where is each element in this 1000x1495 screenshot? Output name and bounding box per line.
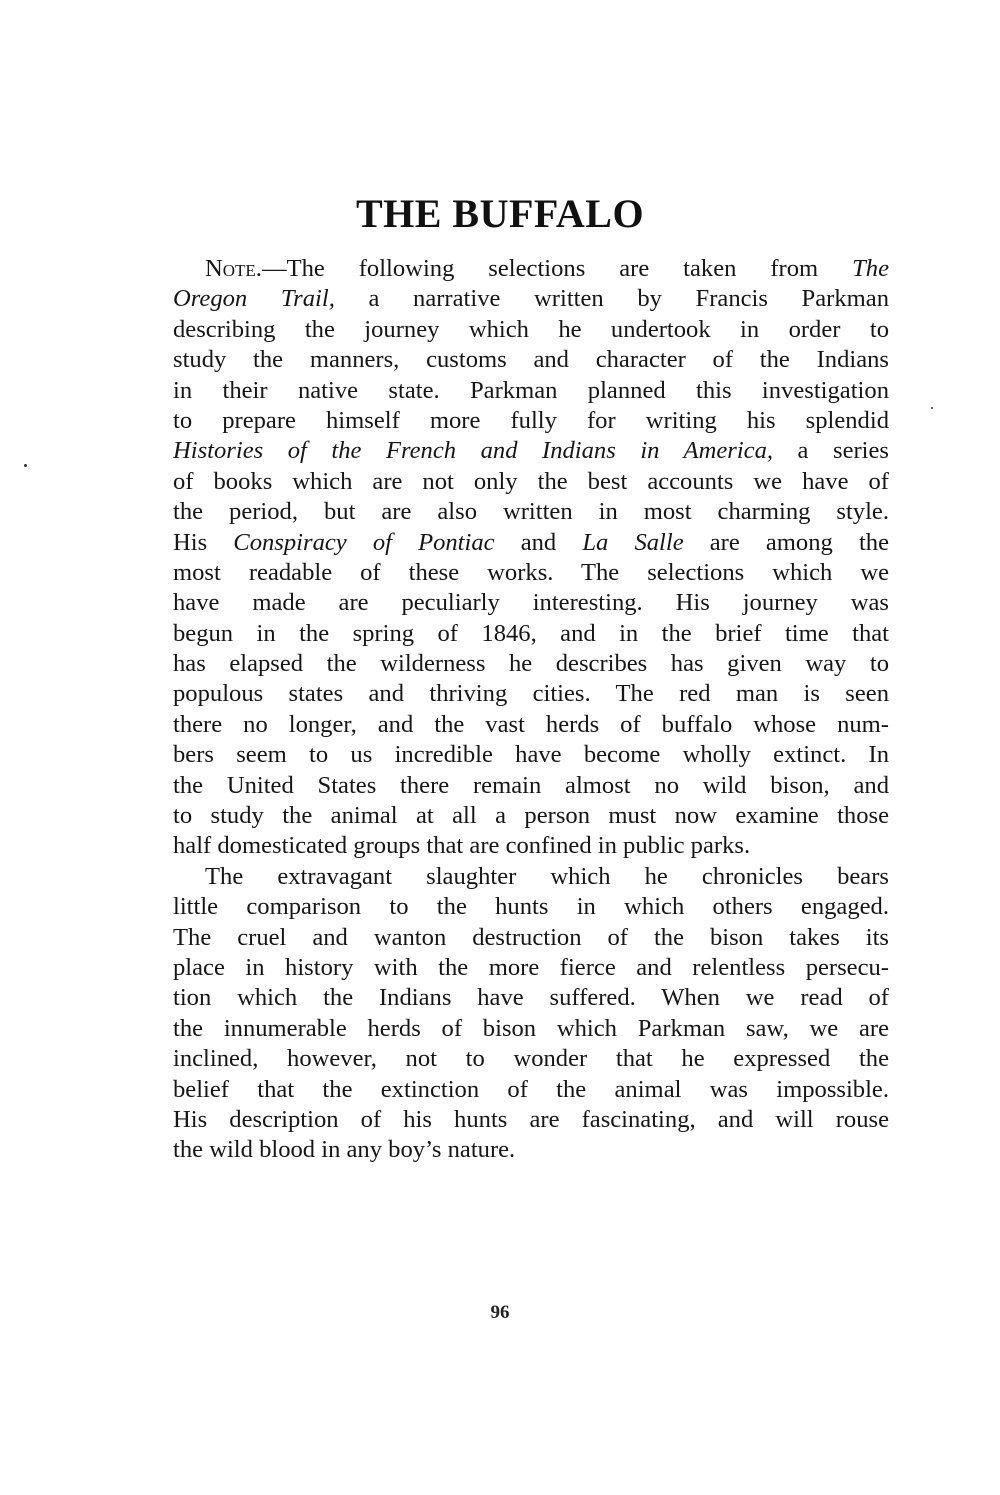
text-run: of books which are not only the best acc… (173, 468, 889, 495)
note-body: Note.—The following selections are taken… (173, 254, 889, 1166)
text-line: inclined, however, not to wonder that he… (173, 1044, 889, 1074)
italic-title: La Salle (582, 529, 683, 556)
text-line: belief that the extinction of the animal… (173, 1075, 889, 1105)
text-run: there no longer, and the vast herds of b… (173, 711, 889, 738)
text-run: —The following selections are taken from (262, 255, 852, 282)
text-run: and (495, 529, 583, 556)
text-run: the wild blood in any boy’s nature. (173, 1136, 515, 1163)
text-run: populous states and thriving cities. The… (173, 680, 889, 707)
text-line: there no longer, and the vast herds of b… (173, 710, 889, 740)
text-line: the period, but are also written in most… (173, 497, 889, 527)
text-line: the innumerable herds of bison which Par… (173, 1014, 889, 1044)
text-run: has elapsed the wilderness he describes … (173, 650, 889, 677)
italic-title: Histories of the French and Indians in A… (173, 437, 773, 464)
text-line: The extravagant slaughter which he chron… (173, 862, 889, 892)
text-run: tion which the Indians have suffered. Wh… (173, 984, 889, 1011)
text-run: in their native state. Parkman planned t… (173, 377, 889, 404)
chapter-title: THE BUFFALO (0, 190, 1000, 237)
text-run: the period, but are also written in most… (173, 498, 889, 525)
text-line: in their native state. Parkman planned t… (173, 376, 889, 406)
text-run: His (173, 529, 233, 556)
text-line: have made are peculiarly interesting. Hi… (173, 588, 889, 618)
text-line: has elapsed the wilderness he describes … (173, 649, 889, 679)
text-line: Oregon Trail, a narrative written by Fra… (173, 284, 889, 314)
text-line: most readable of these works. The select… (173, 558, 889, 588)
paragraph: The extravagant slaughter which he chron… (173, 862, 889, 1166)
text-run: to study the animal at all a person must… (173, 802, 889, 829)
text-line: half domesticated groups that are confin… (173, 831, 889, 861)
text-run: the innumerable herds of bison which Par… (173, 1015, 889, 1042)
text-run: have made are peculiarly interesting. Hi… (173, 589, 889, 616)
text-line: study the manners, customs and character… (173, 345, 889, 375)
text-run: study the manners, customs and character… (173, 346, 889, 373)
text-line: the wild blood in any boy’s nature. (173, 1135, 889, 1165)
italic-title: The (852, 255, 889, 282)
text-line: populous states and thriving cities. The… (173, 679, 889, 709)
text-run: belief that the extinction of the animal… (173, 1076, 889, 1103)
text-run: a series (773, 437, 889, 464)
text-run: place in history with the more fierce an… (173, 954, 889, 981)
text-run: The cruel and wanton destruction of the … (173, 924, 889, 951)
scan-speck (24, 464, 27, 467)
text-run: describing the journey which he undertoo… (173, 316, 889, 343)
text-line: His Conspiracy of Pontiac and La Salle a… (173, 528, 889, 558)
text-line: His description of his hunts are fascina… (173, 1105, 889, 1135)
text-line: place in history with the more fierce an… (173, 953, 889, 983)
text-line: tion which the Indians have suffered. Wh… (173, 983, 889, 1013)
text-run: most readable of these works. The select… (173, 559, 889, 586)
italic-title: Conspiracy of Pontiac (233, 529, 494, 556)
scan-speck (931, 407, 933, 409)
text-line: of books which are not only the best acc… (173, 467, 889, 497)
text-run: Note. (205, 255, 262, 282)
text-run: bers seem to us incredible have become w… (173, 741, 889, 768)
text-run: little comparison to the hunts in which … (173, 893, 889, 920)
text-line: the United States there remain almost no… (173, 771, 889, 801)
text-line: to prepare himself more fully for writin… (173, 406, 889, 436)
page-number: 96 (0, 1302, 1000, 1324)
text-line: little comparison to the hunts in which … (173, 892, 889, 922)
text-run: inclined, however, not to wonder that he… (173, 1045, 889, 1072)
italic-title: Oregon Trail, (173, 285, 335, 312)
text-line: Histories of the French and Indians in A… (173, 436, 889, 466)
text-run: to prepare himself more fully for writin… (173, 407, 889, 434)
text-run: The extravagant slaughter which he chron… (205, 863, 889, 890)
text-run: His description of his hunts are fascina… (173, 1106, 889, 1133)
text-line: to study the animal at all a person must… (173, 801, 889, 831)
text-line: bers seem to us incredible have become w… (173, 740, 889, 770)
text-run: a narrative written by Francis Parkman (335, 285, 889, 312)
book-page: THE BUFFALO Note.—The following selectio… (0, 0, 1000, 1495)
text-run: begun in the spring of 1846, and in the … (173, 620, 889, 647)
text-line: The cruel and wanton destruction of the … (173, 923, 889, 953)
text-line: Note.—The following selections are taken… (173, 254, 889, 284)
text-run: are among the (684, 529, 889, 556)
text-run: half domesticated groups that are confin… (173, 832, 750, 859)
text-run: the United States there remain almost no… (173, 772, 889, 799)
text-line: begun in the spring of 1846, and in the … (173, 619, 889, 649)
text-line: describing the journey which he undertoo… (173, 315, 889, 345)
paragraph: Note.—The following selections are taken… (173, 254, 889, 862)
